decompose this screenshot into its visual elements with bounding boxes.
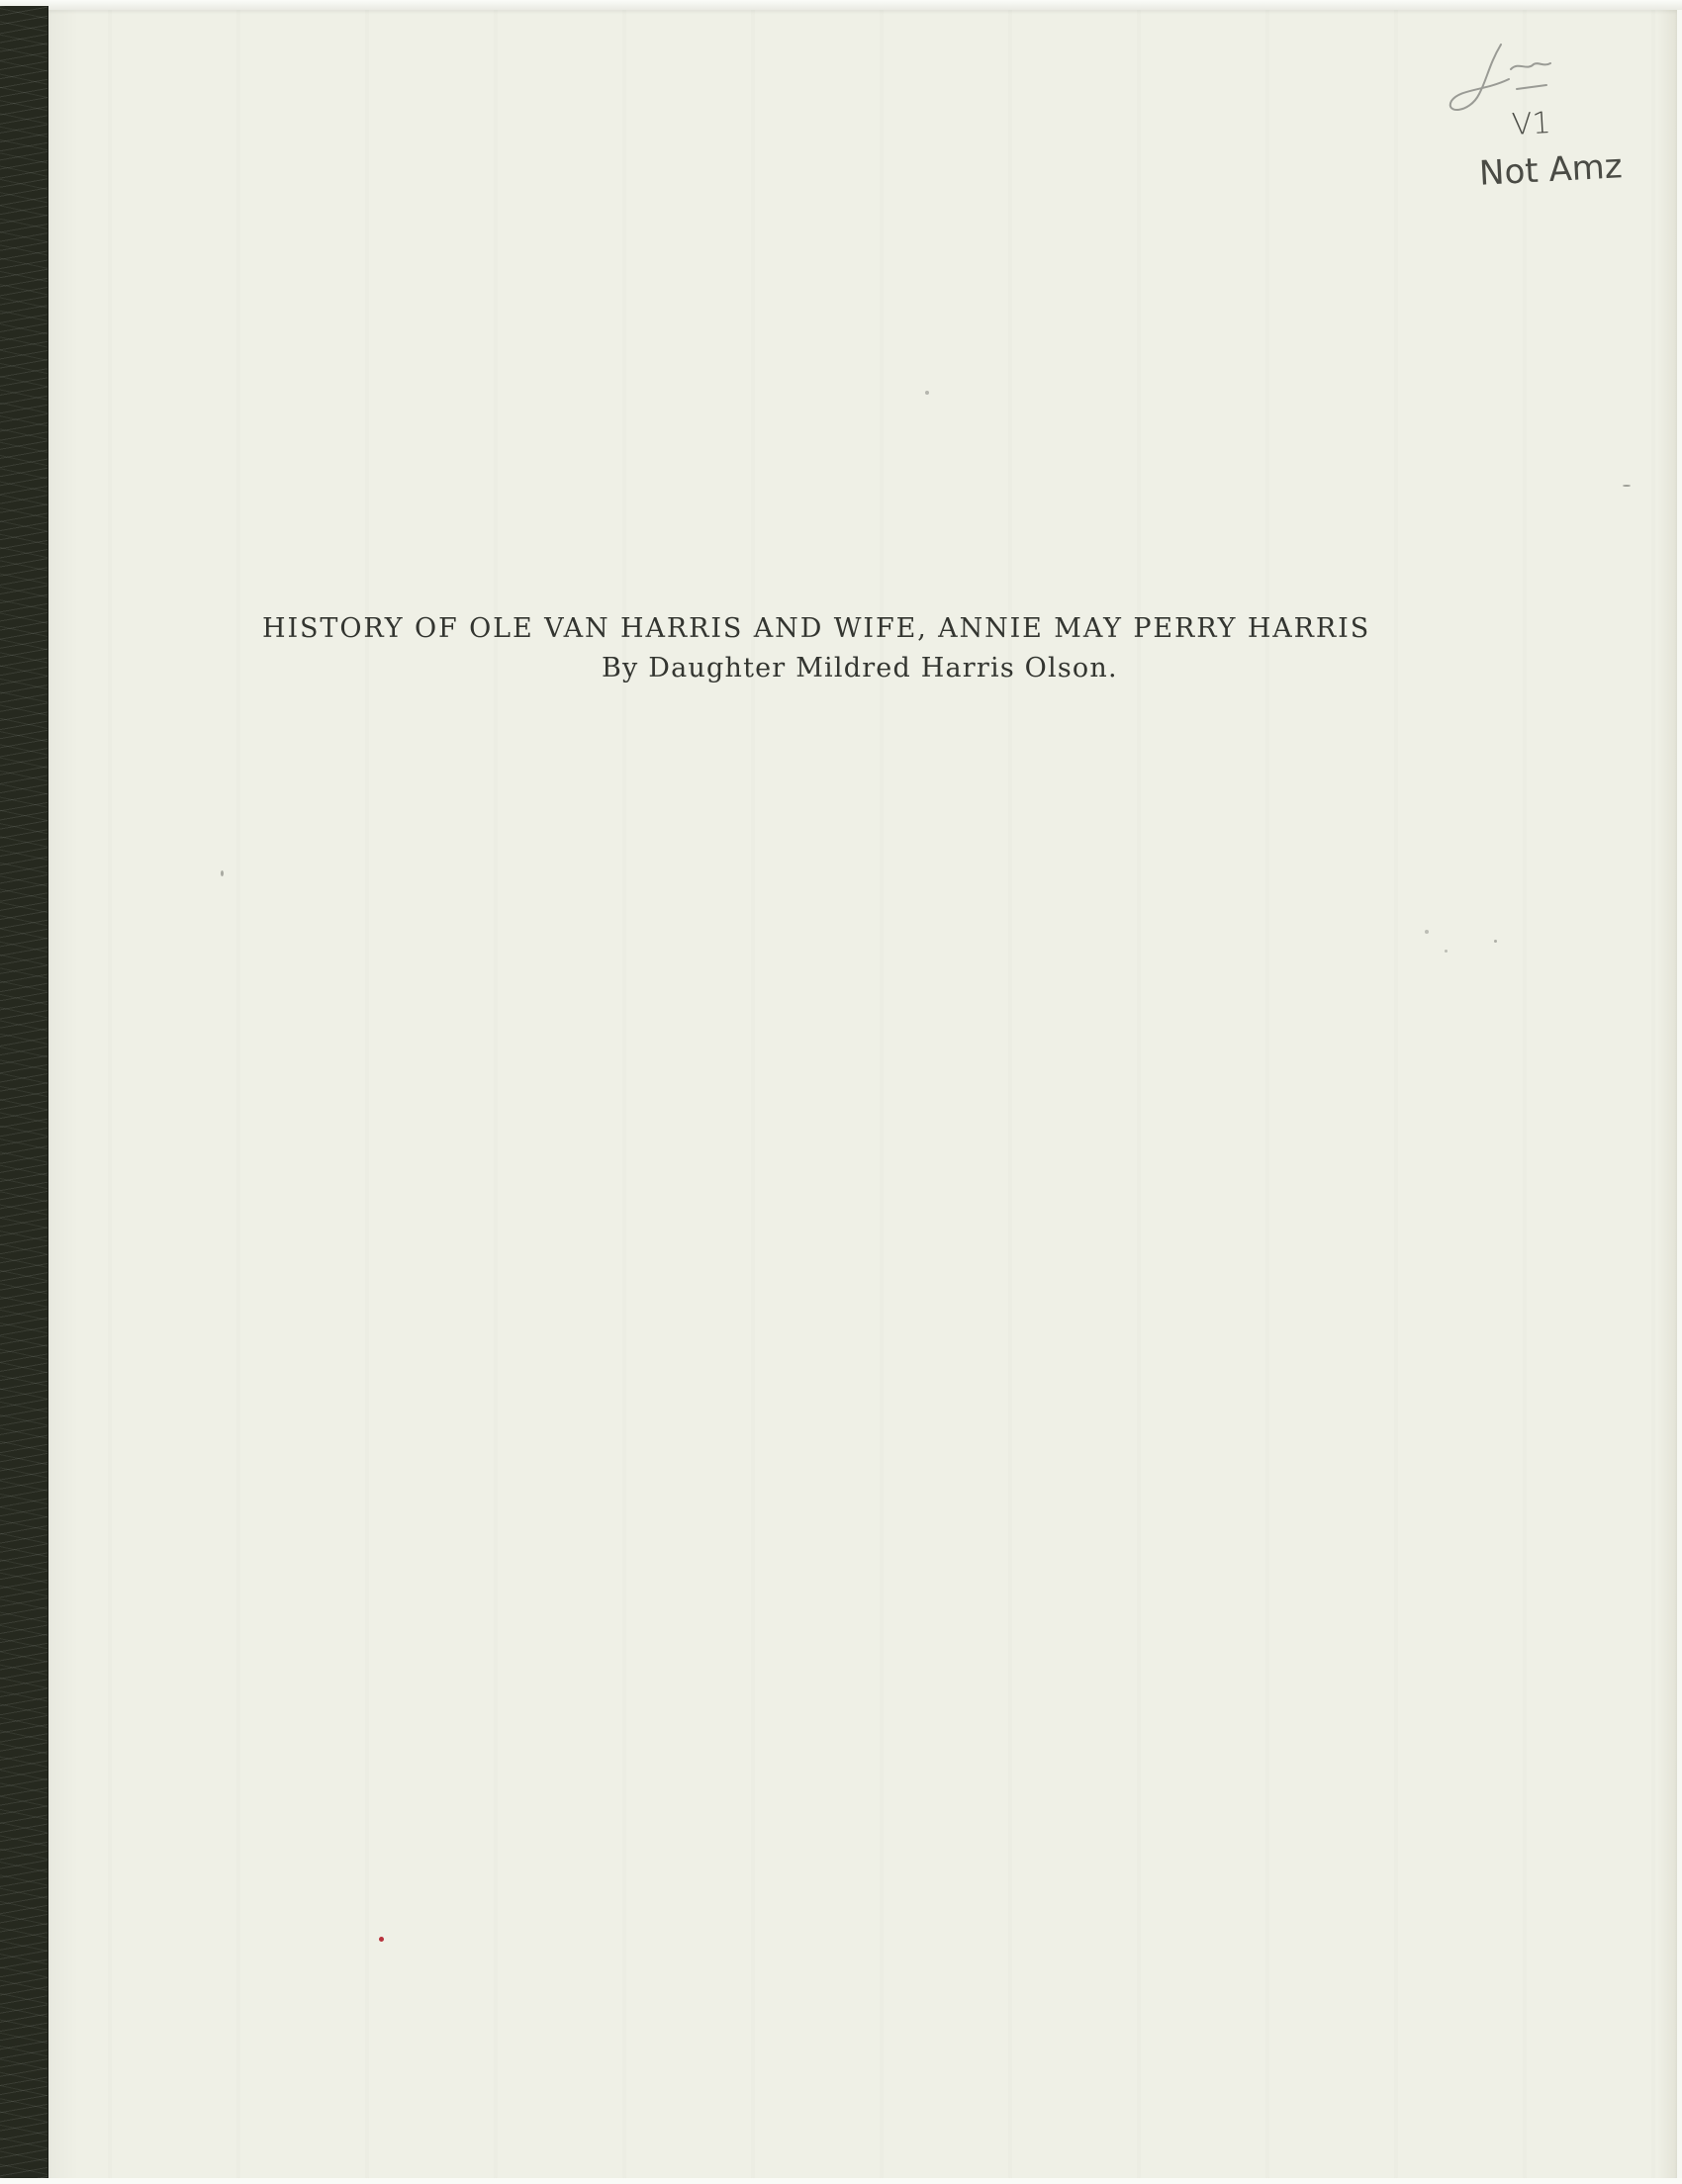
binding-spine (0, 6, 48, 2178)
paper-speck (1425, 930, 1429, 934)
document-author-line: By Daughter Mildred Harris Olson. (602, 653, 1195, 683)
scan-border-top (0, 0, 1682, 10)
scan-border-bottom (0, 2178, 1682, 2184)
document-page (48, 10, 1677, 2178)
handwritten-volume-note: V1 (1511, 106, 1551, 142)
document-title: HISTORY OF OLE VAN HARRIS AND WIFE, ANNI… (262, 613, 1435, 644)
paper-speck (379, 1937, 384, 1942)
paper-speck (1445, 950, 1448, 953)
paper-speck (925, 391, 929, 395)
paper-speck (221, 870, 224, 876)
paper-speck (1623, 485, 1631, 487)
handwritten-not-amz-note: Not Amz (1478, 146, 1624, 194)
paper-speck (1494, 940, 1497, 943)
